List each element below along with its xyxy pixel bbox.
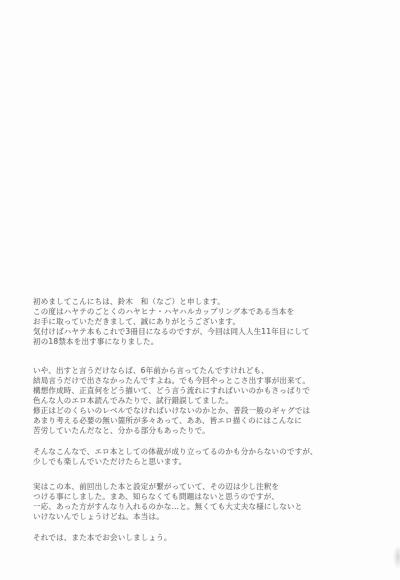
text-line: つける事にしました。まあ、知らなくても問題はないと思うのですが、 — [33, 492, 378, 502]
text-line: そんなこんなで、エロ本としての体裁が成り立ってるのかも分からないのですが、 — [33, 447, 378, 457]
text-line: あまり考える必要の無い箇所が多々あって、ああ、皆エロ描くのにはこんなに — [33, 416, 378, 426]
text-line: 実はこの本、前回出した本と設定が繋がっていて、その辺は少し注釈を — [33, 482, 378, 492]
text-line: 初の18禁本を出す事になりました。 — [33, 337, 378, 347]
scan-corner-shade — [0, 0, 48, 48]
text-line: 色んな人のエロ本読んでみたりで、試行錯誤してました。 — [33, 396, 378, 406]
text-line: 修正はどのくらいのレベルでなければいけないのかとか、普段一般のギャグでは — [33, 406, 378, 416]
afterword-text-block: 初めましてこんにちは、鈴木 和（なご）と申します。 この度はハヤテのごとくのハヤ… — [33, 297, 378, 554]
text-line: 一応、あった方がすんなり入れるのかな…と。無くても大丈夫な様にしないと — [33, 502, 378, 512]
text-line: 構想作成時、正直何をどう描いて、どう言う流れにすればいいのかもさっぱりで — [33, 386, 378, 396]
text-line: 初めましてこんにちは、鈴木 和（なご）と申します。 — [33, 297, 378, 307]
afterword-paragraph: そんなこんなで、エロ本としての体裁が成り立ってるのかも分からないのですが、 少し… — [33, 447, 378, 467]
afterword-closing-paragraph: それでは、また本でお会いしましょう。 — [33, 533, 378, 543]
afterword-paragraph: いや、出すと言うだけならば、6年前から言ってたんですけれども、 結局言うだけで出… — [33, 366, 378, 436]
afterword-paragraph: 初めましてこんにちは、鈴木 和（なご）と申します。 この度はハヤテのごとくのハヤ… — [33, 297, 378, 347]
text-line: 少しでも楽しんでいただけたらと思います。 — [33, 457, 378, 467]
text-line: いけないんでしょうけどね。本当は。 — [33, 512, 378, 522]
text-line: お手に取っていただきまして、誠にありがとうございます。 — [33, 317, 378, 327]
text-line: それでは、また本でお会いしましょう。 — [33, 533, 378, 543]
scanned-afterword-page: 初めましてこんにちは、鈴木 和（なご）と申します。 この度はハヤテのごとくのハヤ… — [0, 0, 400, 580]
afterword-paragraph: 実はこの本、前回出した本と設定が繋がっていて、その辺は少し注釈を つける事にしま… — [33, 482, 378, 522]
text-line: いや、出すと言うだけならば、6年前から言ってたんですけれども、 — [33, 366, 378, 376]
text-line: 苦労していたんだなと、分かる部分もあったりで。 — [33, 426, 378, 436]
text-line: 結局言うだけで出さなかったんですよね。でも今回やっとこさ出す事が出来て。 — [33, 376, 378, 386]
scan-smudge-artifact — [393, 545, 400, 569]
text-line: 気付けばハヤテ本もこれで3冊目になるのですが、今回は同人人生11年目にして — [33, 327, 378, 337]
text-line: この度はハヤテのごとくのハヤヒナ・ハヤハルカップリング本である当本を — [33, 307, 378, 317]
